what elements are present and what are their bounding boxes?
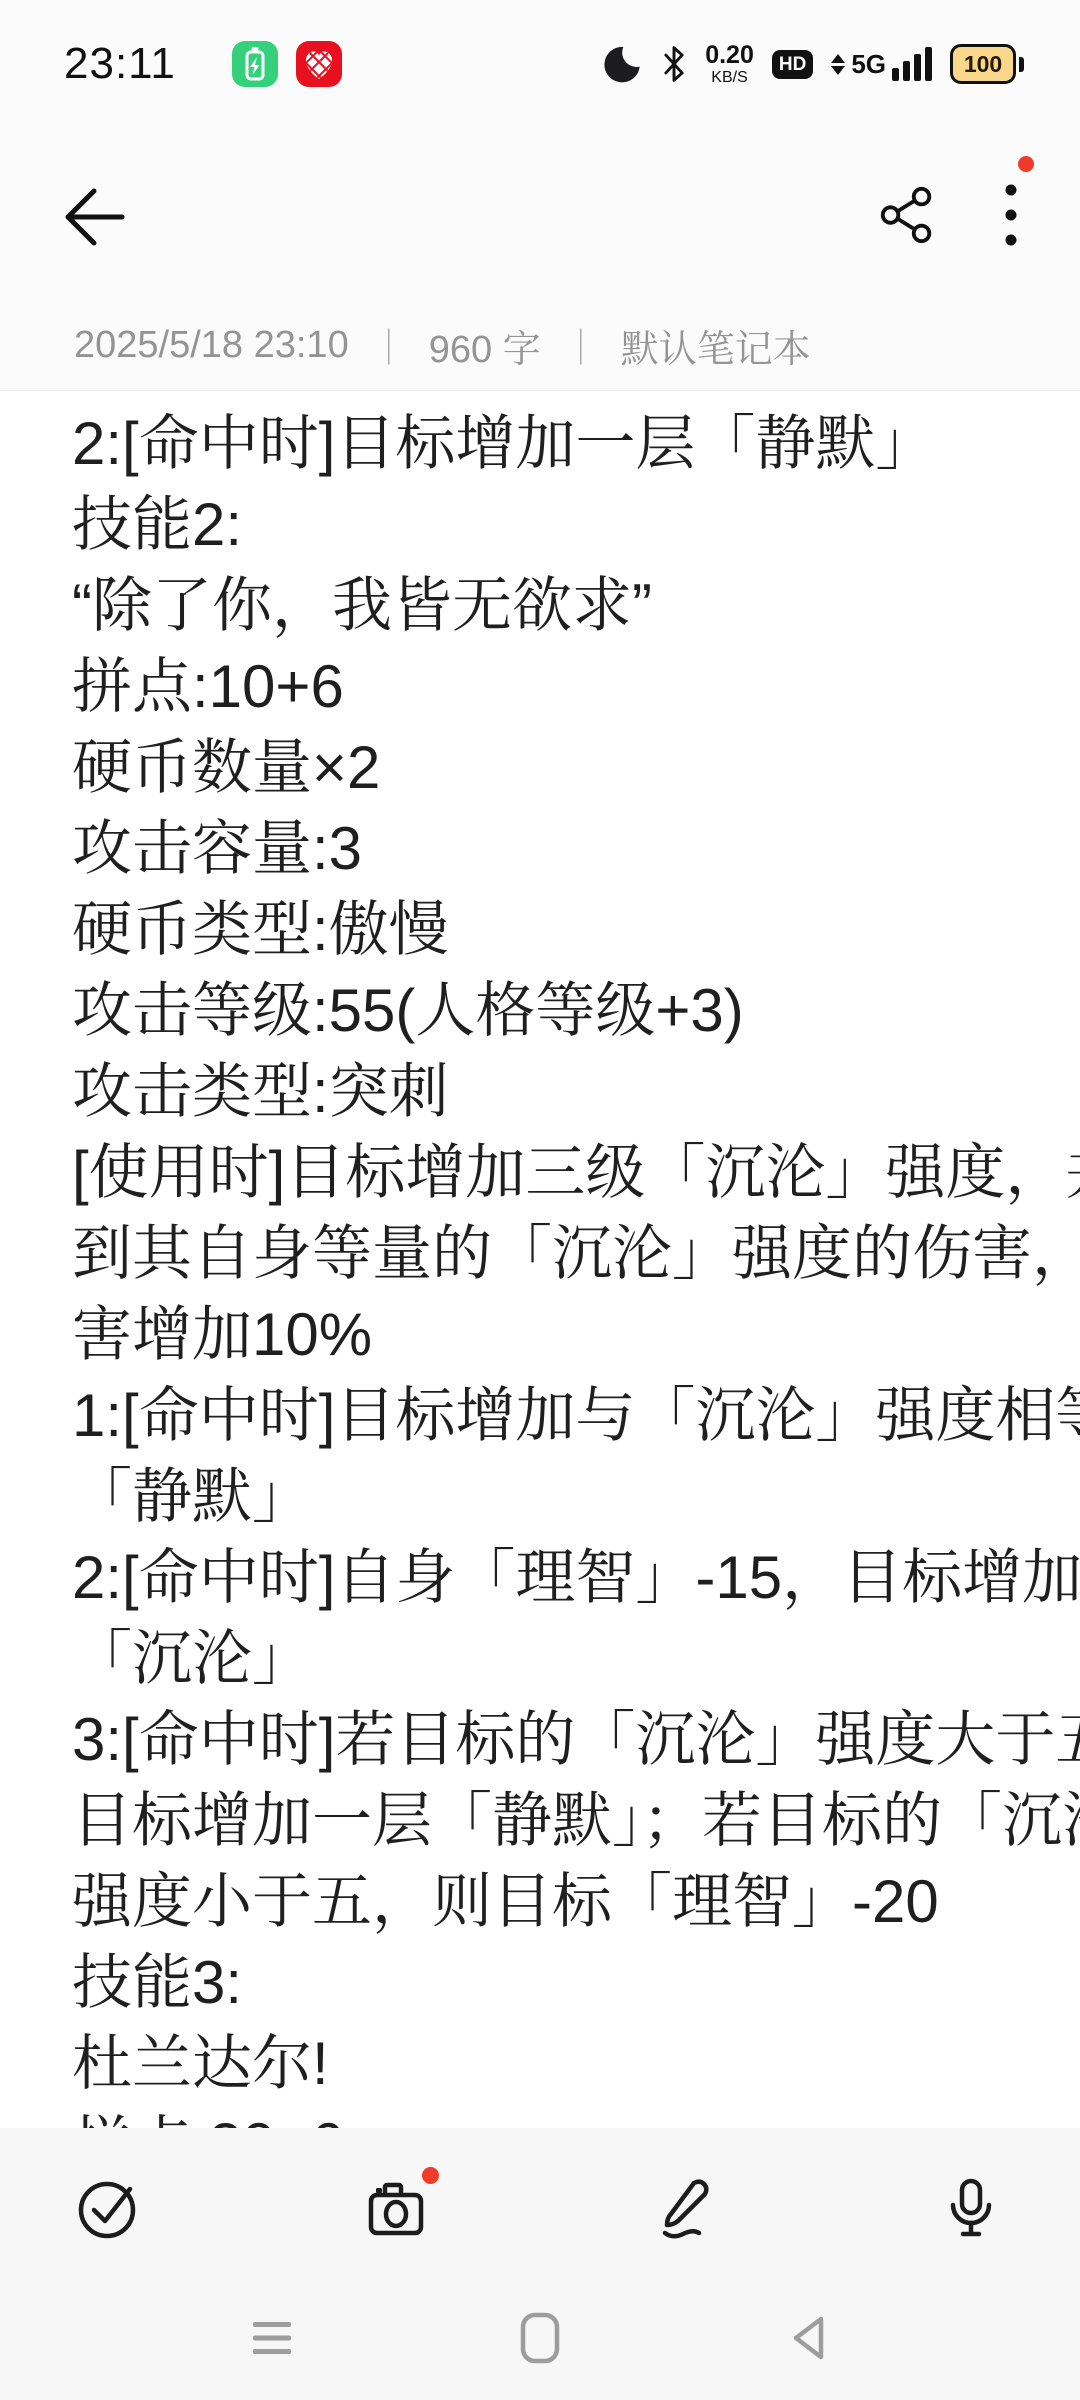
signal-bars-icon — [892, 47, 932, 81]
note-text-line: “除了你，我皆无欲求” — [72, 565, 1024, 646]
note-text-line: 拼点:10+6 — [72, 646, 1024, 727]
microphone-icon — [938, 2175, 1004, 2241]
note-text-line: 攻击类型:突刺 — [72, 1051, 1024, 1132]
app-bar — [0, 140, 1080, 290]
note-datetime: 2025/5/18 23:10 — [74, 324, 349, 367]
note-content[interactable]: 2:[命中时]目标增加一层「静默」技能2:“除了你，我皆无欲求”拼点:10+6硬… — [0, 391, 1080, 2400]
bluetooth-icon — [661, 44, 687, 84]
data-arrows-icon — [831, 54, 845, 75]
meta-separator: ｜ — [563, 320, 599, 371]
camera-button[interactable] — [363, 2175, 429, 2241]
note-header: 23:11 — [0, 0, 1080, 391]
note-metadata: 2025/5/18 23:10 ｜ 960 字 ｜ 默认笔记本 — [0, 318, 1080, 373]
notebook-name: 默认笔记本 — [621, 318, 811, 373]
camera-red-dot — [422, 2167, 439, 2184]
voice-record-button[interactable] — [938, 2175, 1004, 2241]
note-text-line: 目标增加一层「静默」；若目标的「沉沦」 — [72, 1780, 1024, 1861]
battery-level: 100 — [950, 44, 1016, 84]
network-speed: 0.20 KB/S — [705, 43, 754, 86]
note-word-count: 960 字 — [429, 318, 541, 373]
note-text-line: 硬币数量×2 — [72, 727, 1024, 808]
note-text-line: 「静默」 — [72, 1456, 1024, 1537]
back-arrow-icon — [56, 179, 128, 251]
note-toolbar — [0, 2128, 1080, 2278]
battery-app-icon — [232, 41, 278, 87]
share-button[interactable] — [876, 184, 938, 246]
menu-lines-icon — [252, 2318, 292, 2358]
more-vertical-icon — [1004, 182, 1018, 248]
bottom-panel — [0, 2128, 1080, 2400]
more-menu-button[interactable] — [1004, 182, 1018, 248]
nav-back-button[interactable] — [786, 2314, 830, 2362]
home-square-icon — [520, 2312, 560, 2364]
more-menu-red-dot — [1018, 156, 1034, 172]
battery-icon: 100 — [950, 44, 1024, 84]
note-text-line: 技能2: — [72, 484, 1024, 565]
back-triangle-icon — [790, 2314, 826, 2362]
note-text-line: 3:[命中时]若目标的「沉沦」强度大于五，则 — [72, 1699, 1024, 1780]
note-text-line: 1:[命中时]目标增加与「沉沦」强度相等的 — [72, 1375, 1024, 1456]
hd-badge: HD — [772, 50, 813, 79]
note-text-line: 攻击容量:3 — [72, 808, 1024, 889]
check-circle-icon — [76, 2175, 142, 2241]
note-text-line: 技能3: — [72, 1942, 1024, 2023]
nav-home-button[interactable] — [518, 2312, 562, 2364]
notes-app-screen: 23:11 — [0, 0, 1080, 2400]
note-text-line: 硬币类型:傲慢 — [72, 889, 1024, 970]
note-text-line: 到其自身等量的「沉沦」强度的伤害，此伤 — [72, 1213, 1024, 1294]
notification-app-icons — [232, 41, 342, 87]
pen-icon — [651, 2175, 717, 2241]
todo-check-button[interactable] — [76, 2175, 142, 2241]
note-text-line: 攻击等级:55(人格等级+3) — [72, 970, 1024, 1051]
note-text-line: 杜兰达尔! — [72, 2023, 1024, 2104]
note-text-line: 「沉沦」 — [72, 1618, 1024, 1699]
heart-app-icon — [296, 41, 342, 87]
note-text-line: 2:[命中时]目标增加一层「静默」 — [72, 403, 1024, 484]
handwriting-pen-button[interactable] — [651, 2175, 717, 2241]
system-nav-bar — [0, 2278, 1080, 2398]
camera-icon — [363, 2175, 429, 2241]
status-indicators: 0.20 KB/S HD 5G 100 — [601, 43, 1024, 86]
status-bar: 23:11 — [0, 0, 1080, 114]
moon-icon — [601, 43, 643, 85]
network-5g: 5G — [831, 47, 932, 81]
note-text-line: 害增加10% — [72, 1294, 1024, 1375]
back-button[interactable] — [56, 179, 128, 251]
note-text-line: [使用时]目标增加三级「沉沦」强度，并受 — [72, 1132, 1024, 1213]
note-text-line: 2:[命中时]自身「理智」-15，目标增加三级 — [72, 1537, 1024, 1618]
status-time: 23:11 — [64, 39, 176, 89]
note-text-line: 强度小于五，则目标「理智」-20 — [72, 1861, 1024, 1942]
meta-separator: ｜ — [371, 320, 407, 371]
nav-recents-button[interactable] — [250, 2318, 294, 2358]
share-icon — [876, 184, 938, 246]
